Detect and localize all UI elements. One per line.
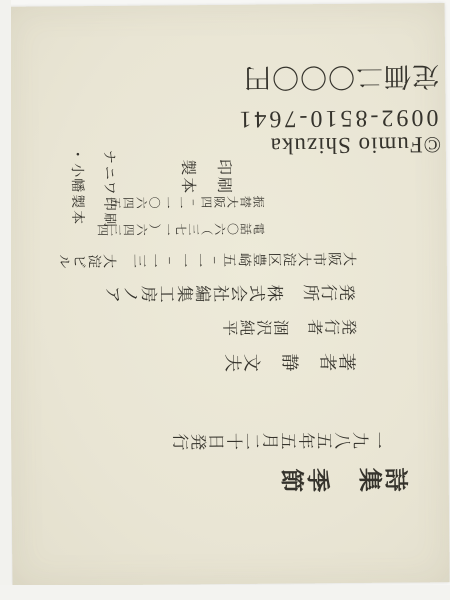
title-row: 節季 集詩: [279, 467, 407, 492]
colophon-photo: 定価二〇〇〇円 0092-8510-7641 ©Fumio Shizuka 印刷…: [0, 0, 450, 600]
binder-label-column: 製本: [179, 158, 195, 194]
printer-label-column: 印刷: [215, 158, 231, 194]
author-row: 夫文 静 者著: [224, 353, 356, 372]
printer-name-column: ナニワ印刷: [101, 149, 116, 227]
copyright-line: ©Fumio Shizuka: [269, 131, 441, 158]
price-line: 定価二〇〇〇円: [243, 59, 439, 100]
colophon-page: 定価二〇〇〇円 0092-8510-7641 ©Fumio Shizuka 印刷…: [7, 3, 449, 586]
publisher-row: アノ房工集編社会式株 所行発: [104, 284, 355, 303]
book-code-line: 0092-8510-7641: [236, 103, 438, 132]
publish-date-row: 行発日十二月五年五八九一: [171, 432, 386, 451]
phone-row: 四三四六）一七三（六〇話電: [96, 223, 264, 236]
postal-transfer-row: 五四六〇一一−四阪大替振: [109, 196, 264, 209]
address-row: ルビ淀大 三一−一一−五崎豊区淀大市阪大: [56, 252, 355, 269]
photo-left-edge: [0, 0, 11, 600]
photo-bottom-edge: [0, 585, 450, 600]
publisher-person-row: 平純沢涸 者行発: [220, 319, 355, 336]
binder-name-column: ・小幡製本: [69, 146, 84, 224]
